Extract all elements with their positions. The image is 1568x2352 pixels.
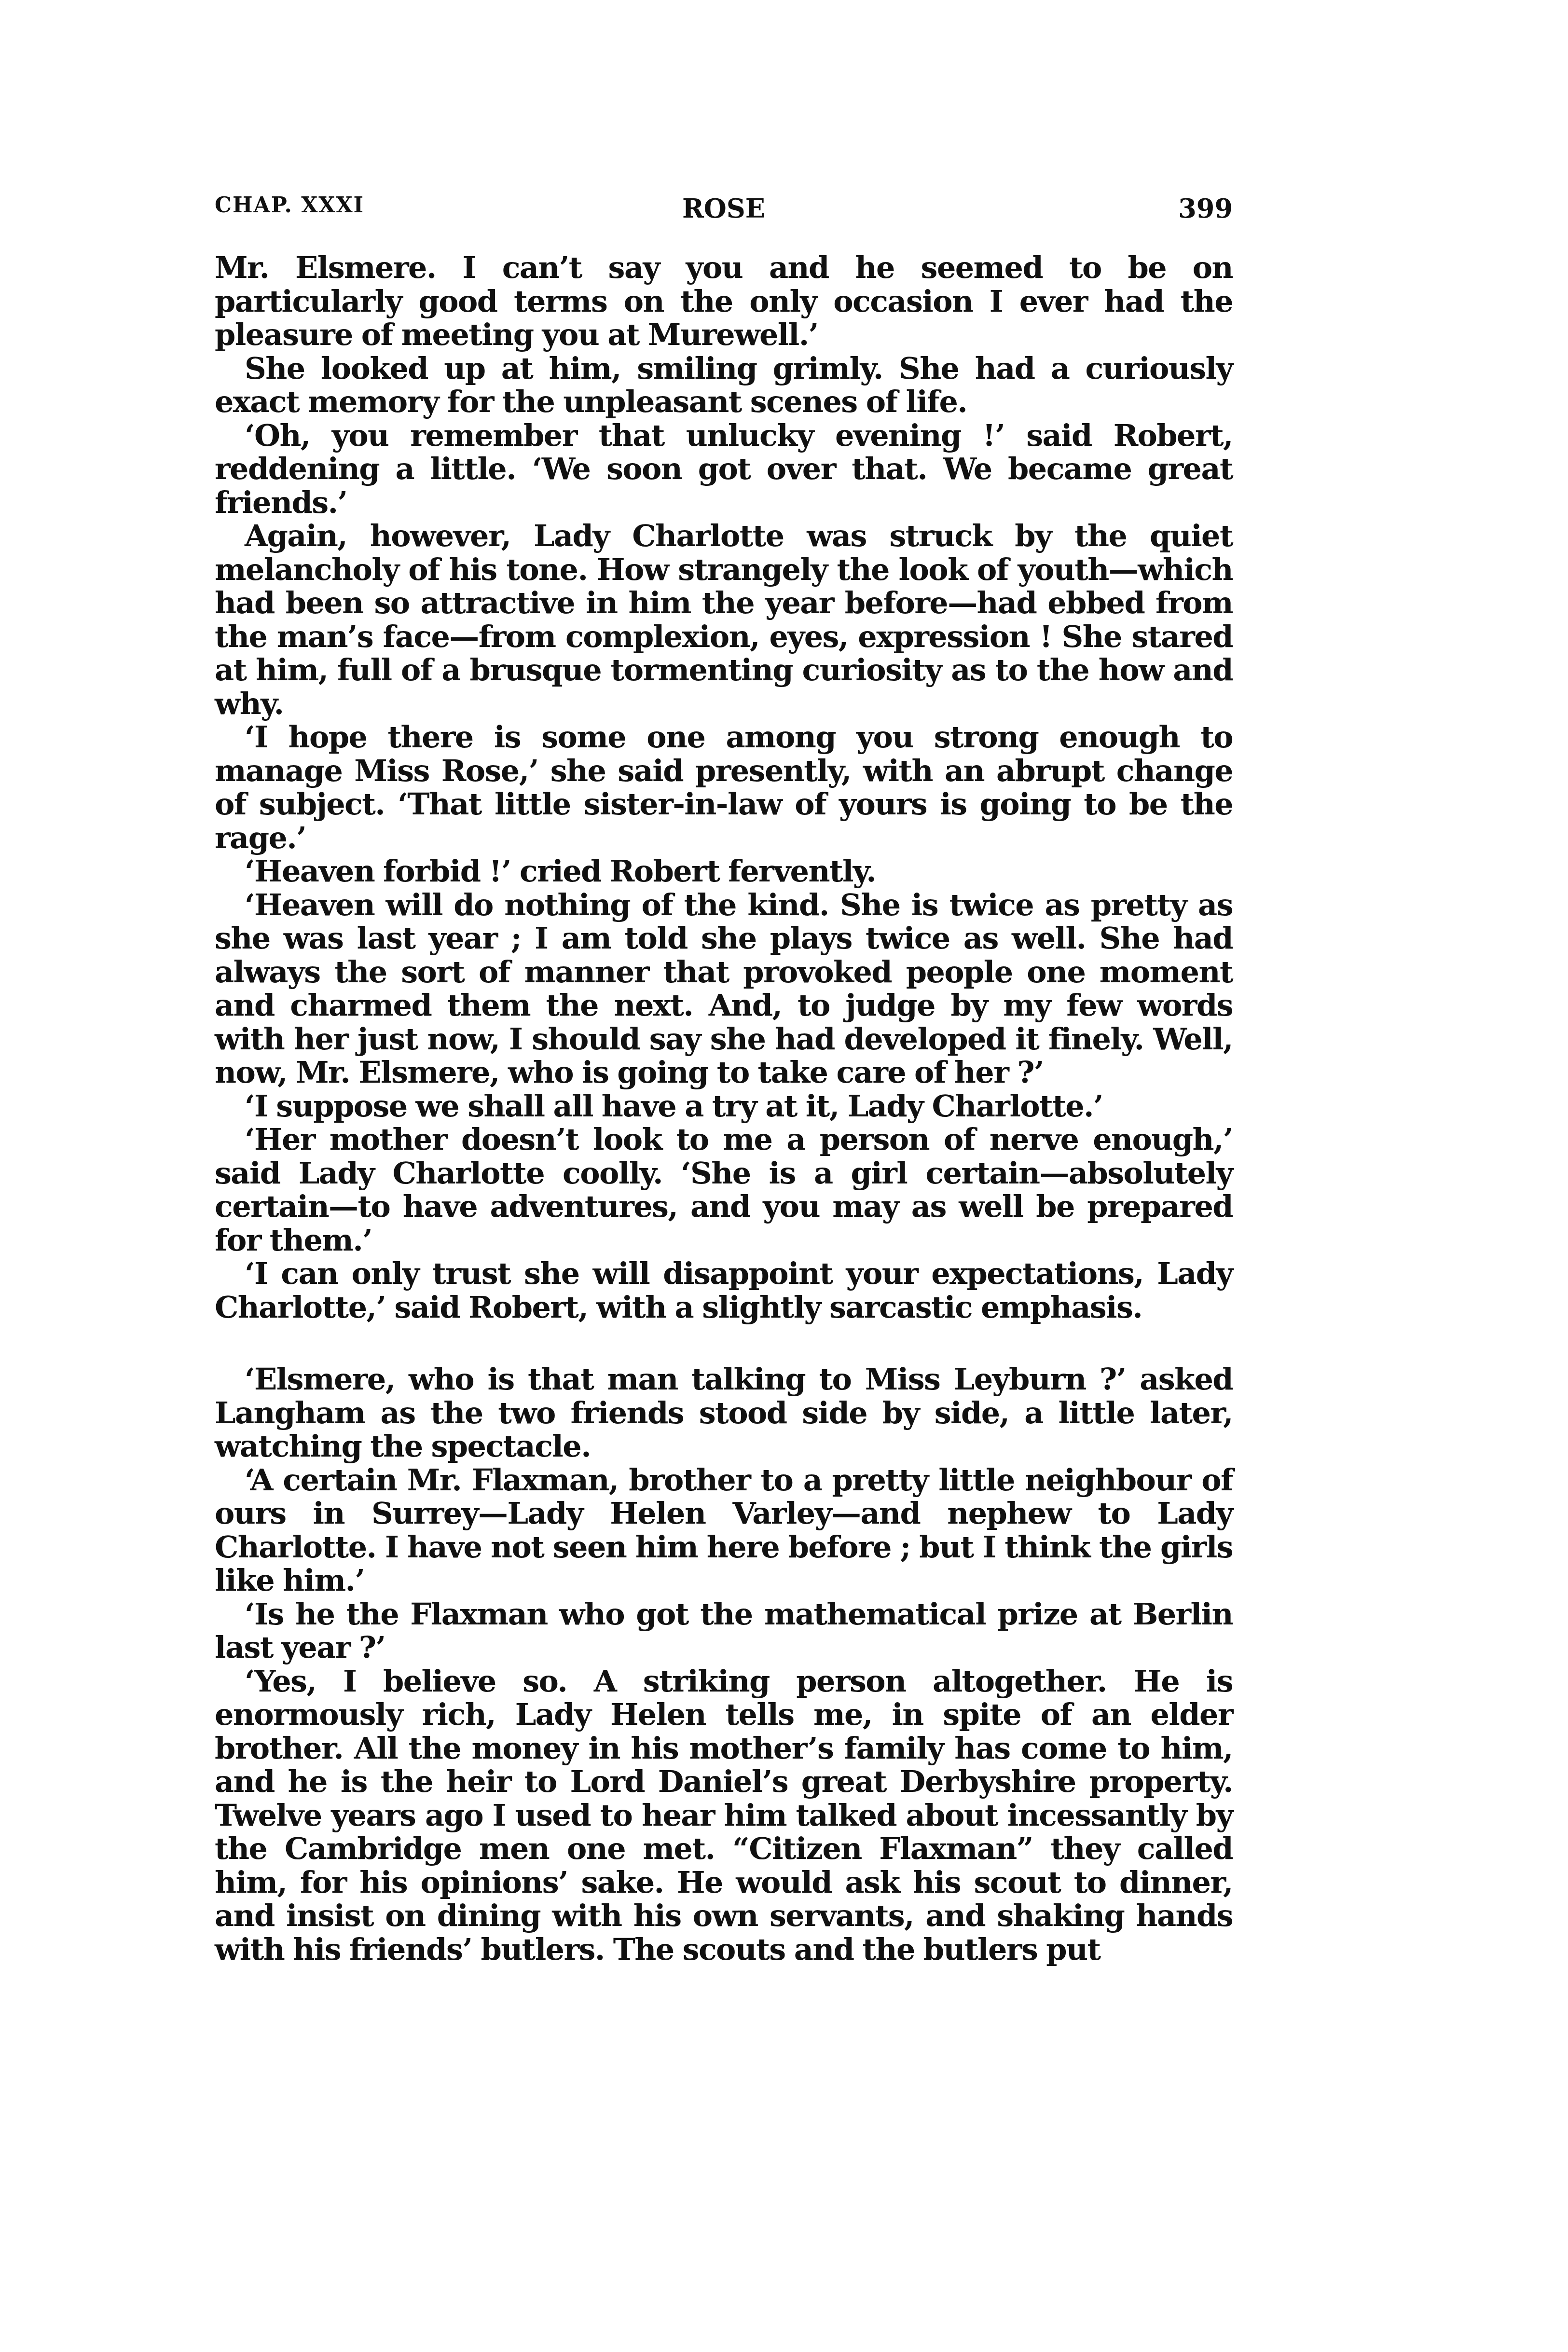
section-break <box>215 1324 1233 1362</box>
paragraph: Mr. Elsmere. I can’t say you and he seem… <box>215 251 1233 352</box>
paragraph: ‘I can only trust she will disappoint yo… <box>215 1257 1233 1324</box>
paragraph: ‘Is he the Flaxman who got the mathemati… <box>215 1597 1233 1664</box>
paragraph: ‘Her mother doesn’t look to me a person … <box>215 1123 1233 1257</box>
paragraph: Again, however, Lady Charlotte was struc… <box>215 519 1233 720</box>
paragraph: ‘A certain Mr. Flaxman, brother to a pre… <box>215 1463 1233 1597</box>
page-body: Mr. Elsmere. I can’t say you and he seem… <box>215 251 1233 1966</box>
paragraph: She looked up at him, smiling grimly. Sh… <box>215 352 1233 419</box>
paragraph: ‘I hope there is some one among you stro… <box>215 720 1233 854</box>
running-header: CHAP. XXXI ROSE 399 <box>215 193 1233 227</box>
paragraph: ‘Heaven forbid !’ cried Robert fervently… <box>215 854 1233 888</box>
paragraph: ‘Yes, I believe so. A striking person al… <box>215 1664 1233 1967</box>
paragraph: ‘I suppose we shall all have a try at it… <box>215 1089 1233 1123</box>
running-title: ROSE <box>215 193 1233 224</box>
page-number: 399 <box>1178 193 1233 224</box>
paragraph: ‘Oh, you remember that unlucky evening !… <box>215 419 1233 520</box>
paragraph: ‘Elsmere, who is that man talking to Mis… <box>215 1362 1233 1463</box>
paragraph: ‘Heaven will do nothing of the kind. She… <box>215 888 1233 1089</box>
